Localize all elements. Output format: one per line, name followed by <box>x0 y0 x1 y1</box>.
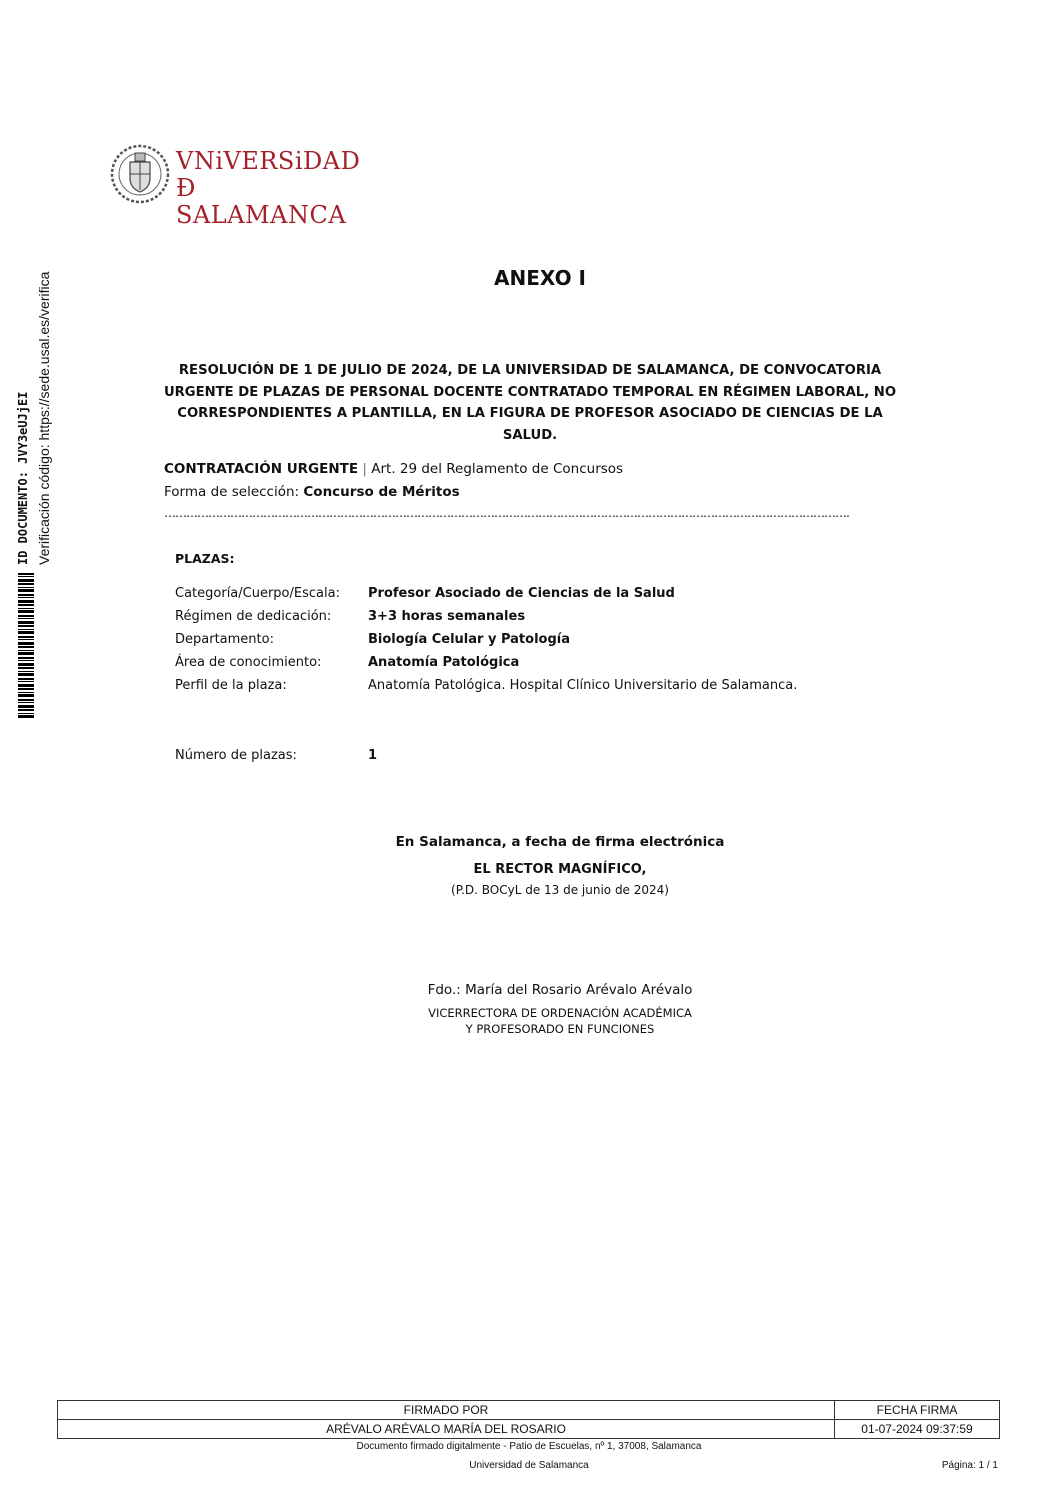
plazas-heading: PLAZAS: <box>175 551 235 566</box>
footer-institution: Universidad de Salamanca <box>0 1460 1058 1471</box>
university-logo: VNiVERSiDAD Ð SALAMANCA <box>110 144 350 206</box>
header-signed-by: FIRMADO POR <box>58 1401 835 1420</box>
verification-strip: ID DOCUMENTO: JVY3eUJjEI Verificación có… <box>18 278 62 718</box>
separator: | <box>358 461 371 477</box>
signature-table: FIRMADO POR FECHA FIRMA ARÉVALO ARÉVALO … <box>57 1400 1000 1439</box>
signed-by: Fdo.: María del Rosario Arévalo Arévalo <box>300 982 820 998</box>
detail-label: Categoría/Cuerpo/Escala: <box>175 582 340 605</box>
selection-label: Forma de selección: <box>164 484 303 500</box>
verification-link[interactable]: Verificación código: https://sede.usal.e… <box>36 272 52 565</box>
document-id: ID DOCUMENTO: JVY3eUJjEI <box>16 392 30 565</box>
university-wordmark: VNiVERSiDAD Ð SALAMANCA <box>176 148 360 229</box>
signer-role: VICERRECTORA DE ORDENACIÓN ACADÉMICA Y P… <box>300 1005 820 1037</box>
detail-value: Anatomía Patológica. Hospital Clínico Un… <box>368 674 797 697</box>
resolution-heading: RESOLUCIÓN DE 1 DE JULIO DE 2024, DE LA … <box>160 360 900 446</box>
count-label: Número de plazas: <box>175 744 297 767</box>
detail-label: Perfil de la plaza: <box>175 674 287 697</box>
detail-label: Departamento: <box>175 628 274 651</box>
rector-title: EL RECTOR MAGNÍFICO, <box>300 862 820 877</box>
contract-info: CONTRATACIÓN URGENTE | Art. 29 del Regla… <box>164 458 623 504</box>
barcode-icon <box>18 573 34 718</box>
role-line-1: VICERRECTORA DE ORDENACIÓN ACADÉMICA <box>300 1005 820 1021</box>
place-date: En Salamanca, a fecha de firma electróni… <box>300 834 820 850</box>
selection-value: Concurso de Méritos <box>303 484 459 500</box>
logo-line-2: Ð SALAMANCA <box>176 175 360 229</box>
university-seal-icon <box>110 144 170 204</box>
table-row: ARÉVALO ARÉVALO MARÍA DEL ROSARIO 01-07-… <box>58 1420 1000 1439</box>
detail-value: Biología Celular y Patología <box>368 628 570 651</box>
signer-name: ARÉVALO ARÉVALO MARÍA DEL ROSARIO <box>58 1420 835 1439</box>
table-header-row: FIRMADO POR FECHA FIRMA <box>58 1401 1000 1420</box>
detail-label: Régimen de dedicación: <box>175 605 331 628</box>
logo-line-1: VNiVERSiDAD <box>176 148 360 175</box>
sign-date: 01-07-2024 09:37:59 <box>835 1420 1000 1439</box>
footer-address: Documento firmado digitalmente - Patio d… <box>0 1441 1058 1452</box>
page-title: ANEXO I <box>0 266 1058 290</box>
delegation-note: (P.D. BOCyL de 13 de junio de 2024) <box>300 883 820 897</box>
contract-article: Art. 29 del Reglamento de Concursos <box>371 461 623 477</box>
contract-type: CONTRATACIÓN URGENTE <box>164 461 358 477</box>
page-number: Página: 1 / 1 <box>942 1460 998 1471</box>
detail-label: Área de conocimiento: <box>175 651 321 674</box>
role-line-2: Y PROFESORADO EN FUNCIONES <box>300 1021 820 1037</box>
dotted-divider: …………………………………………………………………………………………………………… <box>164 506 850 520</box>
header-sign-date: FECHA FIRMA <box>835 1401 1000 1420</box>
detail-value: Anatomía Patológica <box>368 651 519 674</box>
count-value: 1 <box>368 744 377 767</box>
detail-value: Profesor Asociado de Ciencias de la Salu… <box>368 582 675 605</box>
detail-value: 3+3 horas semanales <box>368 605 525 628</box>
